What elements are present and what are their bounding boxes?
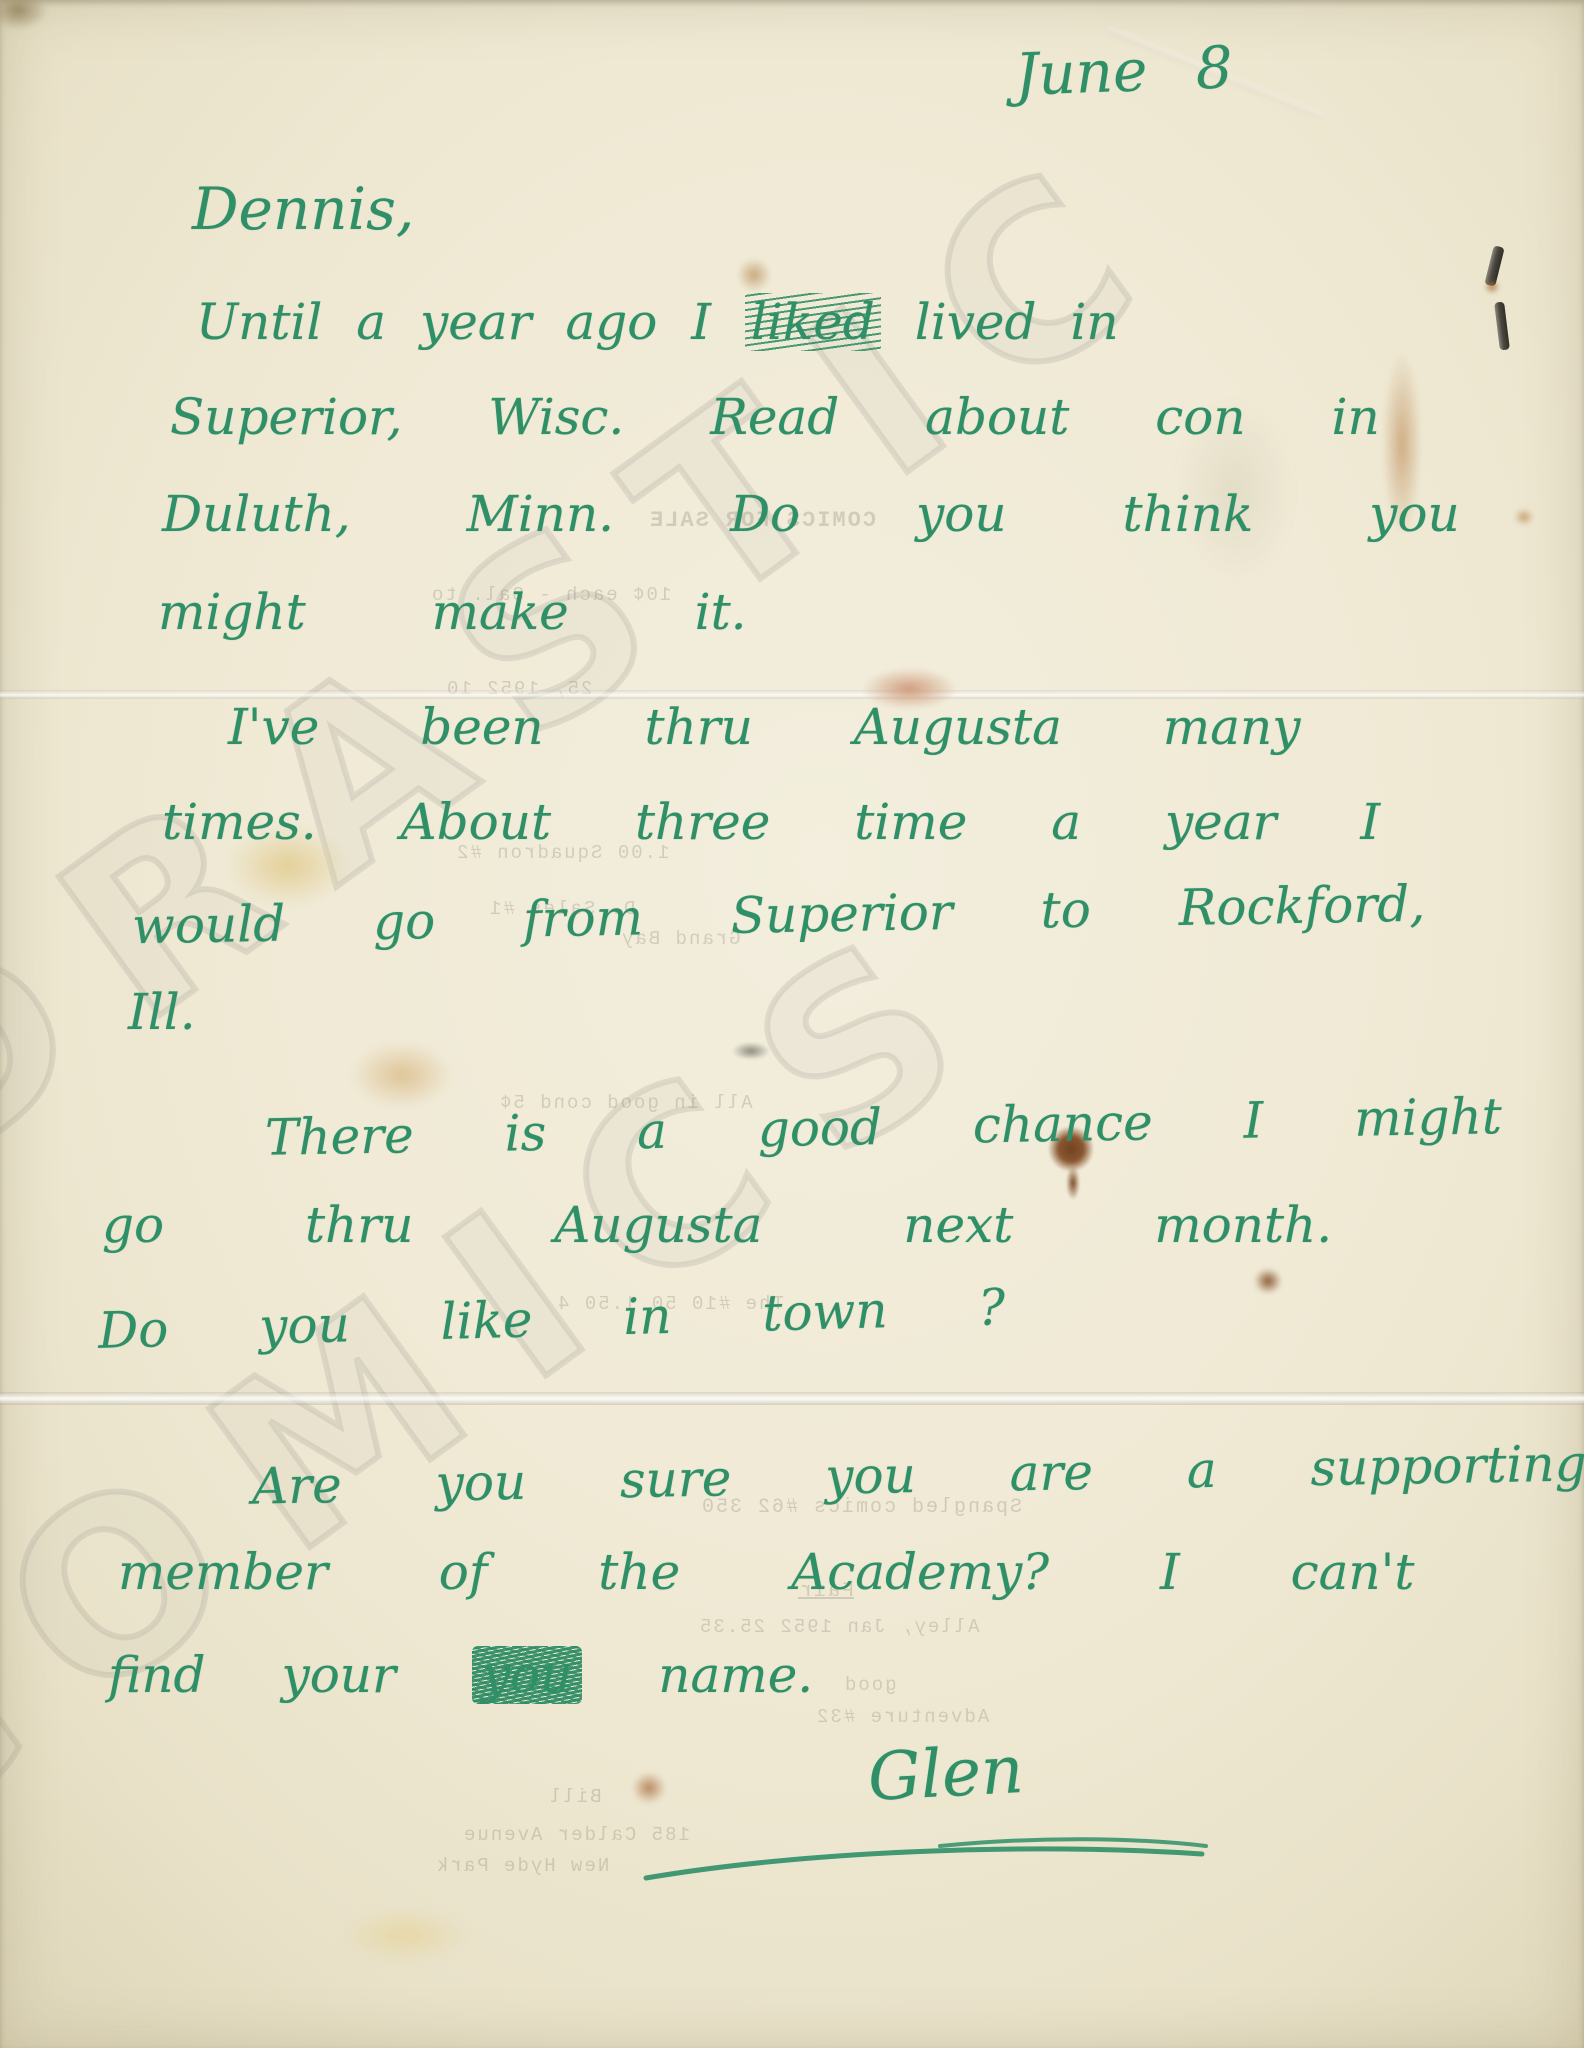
handwritten-line: member of the Academy? I can't xyxy=(118,1545,1414,1600)
line-text: Until a year ago I xyxy=(196,293,745,351)
handwritten-line: Duluth, Minn. Do you think you xyxy=(162,487,1460,542)
bleed-through-text: Alley, Jan 1952 25.35 xyxy=(698,1616,979,1638)
tan-spot-stain xyxy=(737,258,771,292)
handwritten-line: Do you like in town ? xyxy=(97,1280,1005,1359)
small-brown-stain xyxy=(632,1772,666,1804)
handwritten-line: times. About three time a year I xyxy=(162,795,1380,850)
line-text: name. xyxy=(582,1646,813,1704)
letter-salutation: Dennis, xyxy=(192,178,414,242)
fold-crease xyxy=(0,1392,1584,1405)
scanned-letter-page: DRASTIC COMICS COMICS FOR SALE 10¢ each … xyxy=(0,0,1584,2048)
signature-underline-flourish xyxy=(640,1832,1210,1888)
handwritten-line: Until a year ago I liked lived in xyxy=(196,295,1119,350)
bleed-through-text: Bill xyxy=(548,1786,602,1808)
graphite-smudge xyxy=(732,1042,770,1060)
line-text: find your xyxy=(108,1646,472,1704)
letter-date: June 8 xyxy=(1014,36,1234,107)
small-spot-stain xyxy=(1514,508,1534,526)
handwritten-line: might make it. xyxy=(158,585,747,640)
handwritten-line: Superior, Wisc. Read about con in xyxy=(170,390,1380,445)
bleed-through-text: New Hyde Park xyxy=(435,1855,609,1877)
staple-rust-stain xyxy=(1484,280,1500,294)
watermark-text-top: DRASTIC xyxy=(0,88,1227,1222)
signature: Glen xyxy=(866,1734,1025,1815)
corner-stain xyxy=(0,0,48,30)
bleed-through-text: good xyxy=(843,1674,897,1696)
faint-yellow-stain xyxy=(340,1908,470,1963)
handwritten-line: find your you name. xyxy=(108,1648,813,1703)
scribbled-out-word: you xyxy=(472,1646,583,1704)
bleed-through-text: Adventure #32 xyxy=(815,1706,989,1728)
handwritten-line: There is a good chance I might xyxy=(265,1089,1503,1166)
tan-stain xyxy=(352,1042,452,1108)
handwritten-line: I've been thru Augusta many xyxy=(228,700,1300,755)
staple-leg xyxy=(1494,302,1510,351)
scribbled-out-word: liked xyxy=(745,293,881,351)
ink-blot-drip xyxy=(1066,1166,1080,1200)
handwritten-line: go thru Augusta next month. xyxy=(102,1198,1332,1253)
brown-dot-stain xyxy=(1254,1268,1282,1294)
handwritten-line: Ill. xyxy=(128,985,196,1040)
line-text: lived in xyxy=(881,293,1119,351)
